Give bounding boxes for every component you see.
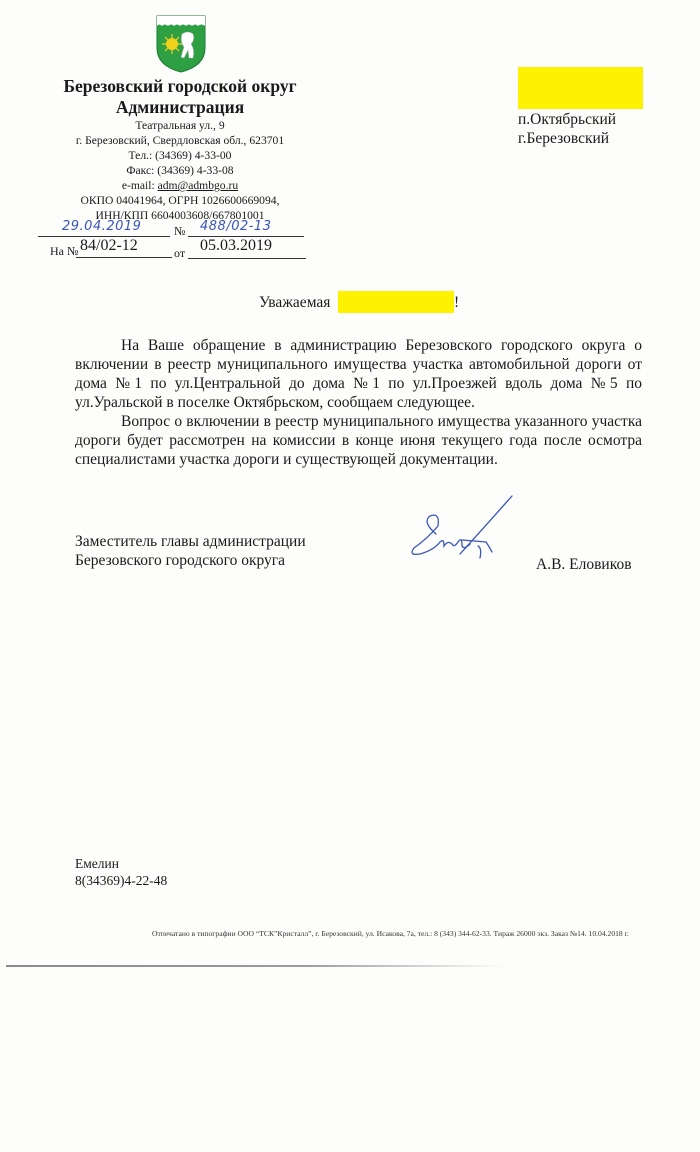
reply-to-number-line <box>76 257 172 258</box>
reply-to-date: 05.03.2019 <box>200 237 272 255</box>
fax: Факс: (34369) 4-33-08 <box>40 163 320 178</box>
department-name: Администрация <box>40 97 320 118</box>
letter-body: На Ваше обращение в администрацию Березо… <box>75 336 642 469</box>
letterhead-contacts: Театральная ул., 9 г. Березовский, Сверд… <box>40 118 320 223</box>
executor-phone: 8(34369)4-22-48 <box>75 872 167 889</box>
print-imprint: Отпечатано в типографии ООО “ТСК”Кристал… <box>152 929 629 938</box>
signatory-title-line: Березовского городского округа <box>75 551 306 570</box>
address-city: г. Березовский, Свердловская обл., 62370… <box>40 133 320 148</box>
org-name: Березовский городской округ <box>40 76 320 97</box>
reply-to-number: 84/02-12 <box>80 237 138 255</box>
outgoing-number: 488/02-13 <box>200 219 271 234</box>
from-label: от <box>174 246 185 261</box>
salutation-prefix: Уважаемая <box>259 294 330 312</box>
address-street: Театральная ул., 9 <box>40 118 320 133</box>
okpo-ogrn: ОКПО 04041964, ОГРН 1026600669094, <box>40 193 320 208</box>
signatory-title: Заместитель главы администрации Березовс… <box>75 532 306 570</box>
executor-info: Емелин 8(34369)4-22-48 <box>75 855 167 889</box>
letterhead-org: Березовский городской округ Администраци… <box>40 76 320 118</box>
body-paragraph: На Ваше обращение в администрацию Березо… <box>75 336 642 412</box>
email-line: e-mail: adm@admbgo.ru <box>40 178 320 193</box>
reply-to-date-line <box>188 258 306 259</box>
signatory-name: А.В. Еловиков <box>536 556 632 574</box>
scan-page-edge <box>6 965 506 967</box>
salutation-suffix: ! <box>454 294 459 312</box>
handwritten-signature-icon <box>400 492 520 577</box>
recipient-settlement: п.Октябрьский <box>518 110 616 129</box>
email-link[interactable]: adm@admbgo.ru <box>158 179 239 192</box>
signatory-title-line: Заместитель главы администрации <box>75 532 306 551</box>
email-label: e-mail: <box>122 179 158 192</box>
phone: Тел.: (34369) 4-33-00 <box>40 148 320 163</box>
recipient-town: г.Березовский <box>518 129 616 148</box>
recipient-name-redaction <box>518 67 643 109</box>
reply-to-label: На № <box>50 244 78 259</box>
body-paragraph: Вопрос о включении в реестр муниципально… <box>75 412 642 469</box>
salutation-name-redaction <box>338 291 454 313</box>
recipient-address: п.Октябрьский г.Березовский <box>518 110 616 148</box>
number-label: № <box>174 224 185 239</box>
executor-name: Емелин <box>75 855 167 872</box>
coat-of-arms-icon <box>155 14 207 74</box>
outgoing-date: 29.04.2019 <box>62 219 141 234</box>
